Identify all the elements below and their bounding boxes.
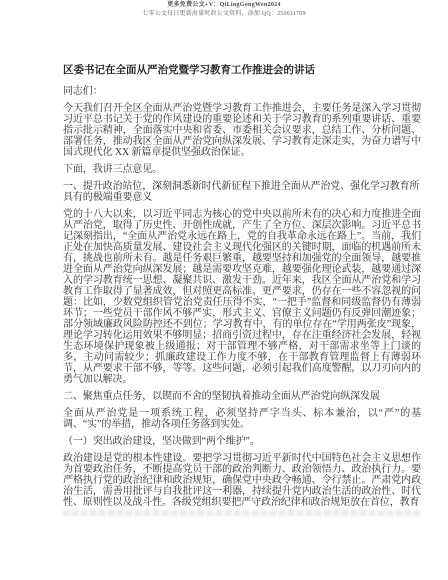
document-title: 区委书记在全面从严治党暨学习教育工作推进会的讲话	[63, 65, 421, 77]
paragraph-body: 党的十八大以来，以习近平同志为核心的党中央以前所未有的决心和力度推进全面从严治党…	[63, 209, 421, 385]
promo-header: 更多免费公文+V：QiLingGongWen2024 七零公文每日更新海量时政公…	[0, 0, 448, 18]
document-content: 区委书记在全面从严治党暨学习教育工作推进会的讲话 同志们：今天我们召开全区全面从…	[63, 65, 421, 516]
faded-text-remnant	[63, 510, 421, 516]
promo-header-line2: 七零公文每日更新海量时政公文资料，添加 QQ：250611709	[0, 11, 448, 18]
paragraph-body: 下面，我讲三点意见。	[63, 164, 421, 175]
document-page: 更多免费公文+V：QiLingGongWen2024 七零公文每日更新海量时政公…	[0, 0, 448, 580]
paragraph-subheading: （一）突出政治建设，坚决做到“两个维护”。	[63, 436, 421, 447]
paragraph-body: 全面从严治党是一项系统工程，必须坚持严字当头、标本兼治，以“严”的基调、“实”的…	[63, 408, 421, 430]
paragraph-body: 政治建设是党的根本性建设。要把学习贯彻习近平新时代中国特色社会主义思想作为首要政…	[63, 453, 421, 508]
document-paragraphs: 同志们：今天我们召开全区全面从严治党暨学习教育工作推进会，主要任务是深入学习贯彻…	[63, 86, 421, 508]
paragraph-body: 今天我们召开全区全面从严治党暨学习教育工作推进会，主要任务是深入学习贯彻习近平总…	[63, 103, 421, 158]
paragraph-heading: 二、聚焦重点任务，以锲而不舍的坚韧执着推动全面从严治党向纵深发展	[63, 391, 421, 402]
paragraph-salutation: 同志们：	[63, 86, 421, 97]
paragraph-heading: 一、提升政治站位，深刻洞悉新时代新征程下推进全面从严治党、强化学习教育所具有的极…	[63, 181, 421, 203]
promo-header-line1: 更多免费公文+V：QiLingGongWen2024	[0, 2, 448, 9]
